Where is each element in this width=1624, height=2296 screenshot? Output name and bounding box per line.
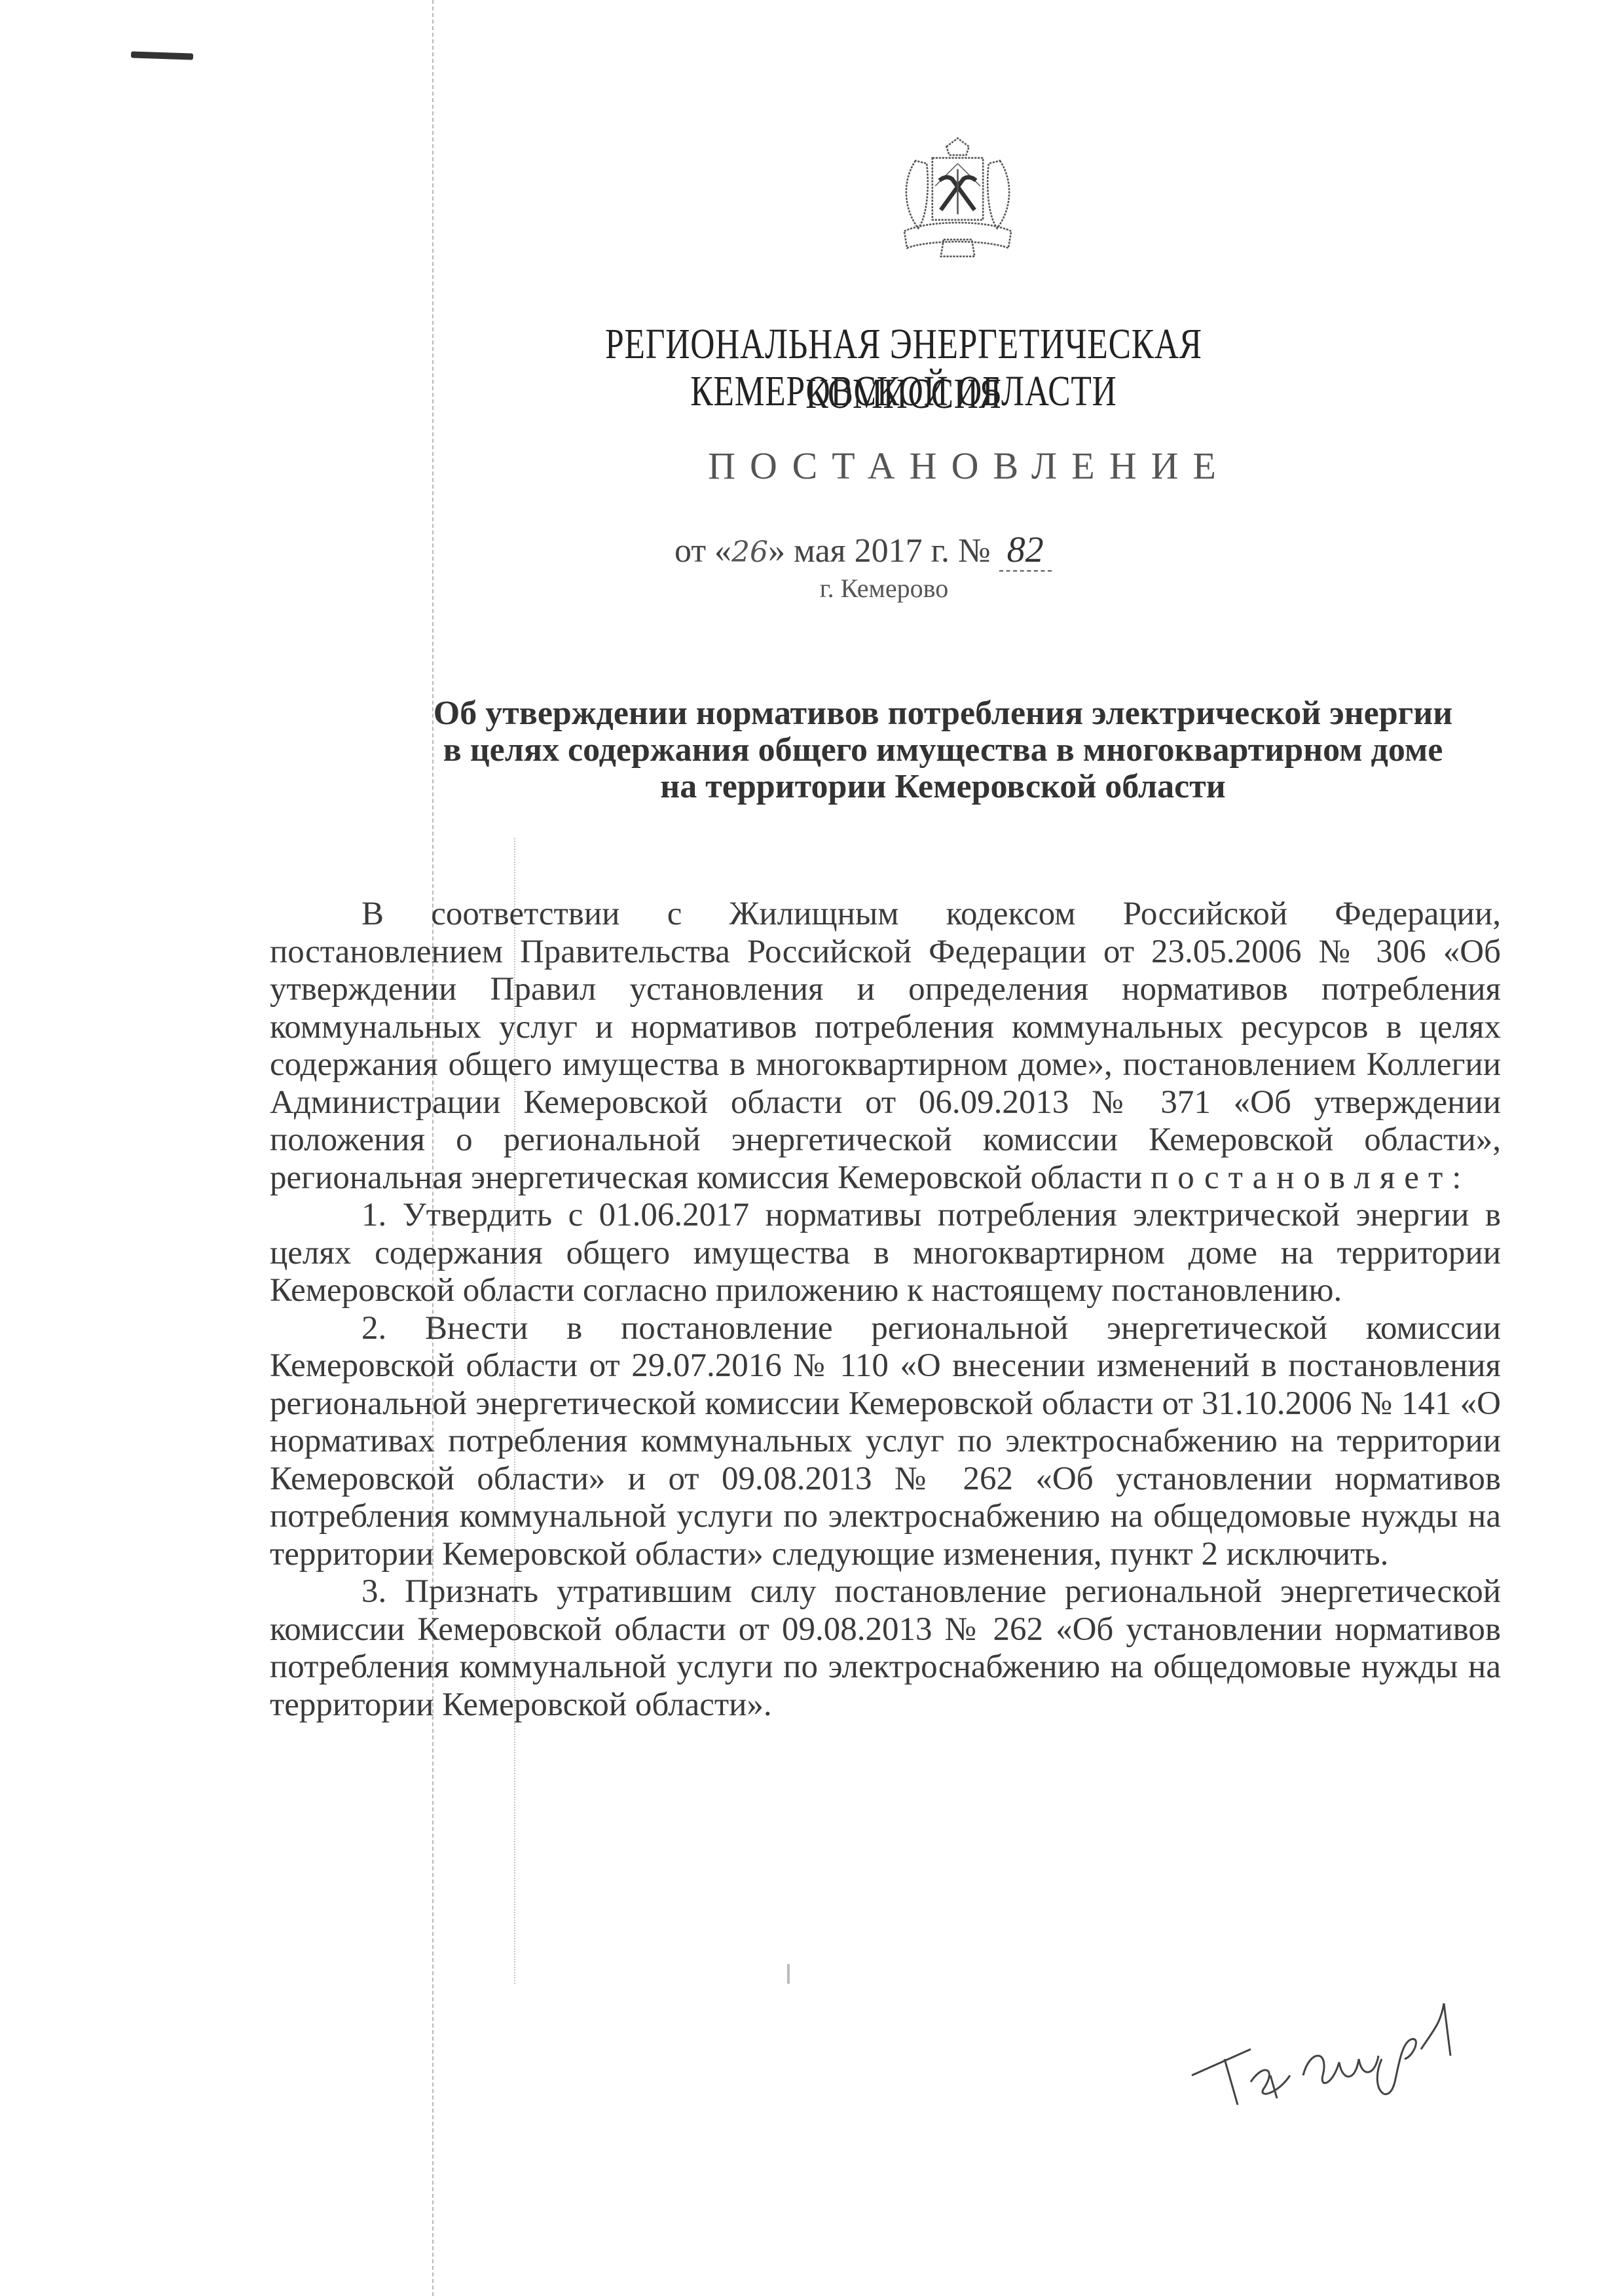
document-title: Об утверждении нормативов потребления эл… (367, 695, 1519, 805)
item-paragraph: 1. Утвердить с 01.06.2017 нормативы потр… (270, 1197, 1501, 1310)
document-date-number: от «26» мая 2017 г. № 82 (674, 529, 1052, 571)
date-suffix: » мая 2017 г. № (768, 532, 991, 570)
document-body: В соответствии с Жилищным кодексом Росси… (270, 896, 1501, 1724)
item-paragraph: 3. Признать утратившим силу постановлени… (270, 1573, 1501, 1724)
handwritten-note-signature: Техотдел (1179, 1977, 1480, 2108)
organization-region: КЕМЕРОВСКОЙ ОБЛАСТИ (506, 367, 1302, 416)
resolves-text: постановляет: (1151, 1159, 1470, 1196)
document-city: г. Кемерово (720, 573, 1048, 604)
title-line: на территории Кемеровской области (367, 769, 1519, 805)
preamble-paragraph: В соответствии с Жилищным кодексом Росси… (270, 896, 1501, 1197)
document-page: РЕГИОНАЛЬНАЯ ЭНЕРГЕТИЧЕСКАЯ КОМИССИЯ КЕМ… (0, 0, 1624, 2296)
scan-artifact (787, 1964, 790, 1984)
document-type: ПОСТАНОВЛЕНИЕ (458, 444, 1480, 488)
scan-mark (131, 51, 193, 60)
preamble-text: В соответствии с Жилищным кодексом Росси… (270, 896, 1501, 1196)
handwritten-number: 82 (999, 530, 1052, 572)
title-line: в целях содержания общего имущества в мн… (367, 732, 1519, 769)
date-prefix: от « (674, 532, 731, 570)
handwritten-day: 26 (731, 536, 768, 569)
item-paragraph: 2. Внести в постановление региональной э… (270, 1310, 1501, 1574)
coat-of-arms-icon (887, 131, 1028, 275)
title-line: Об утверждении нормативов потребления эл… (367, 695, 1519, 732)
